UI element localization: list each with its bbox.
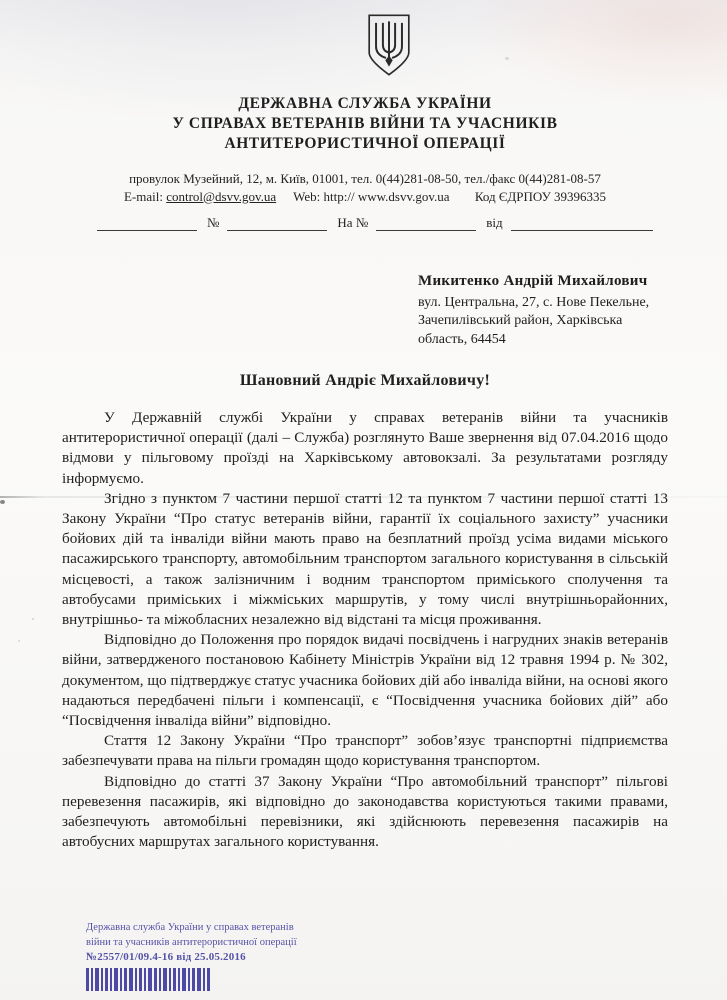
addressee-address-line: Зачепилівський район, Харківська (418, 312, 673, 331)
stamp-org-line: війни та учасників антитерористичної опе… (86, 936, 297, 951)
stamp-number: №2557/01/09.4-16 від 25.05.2016 (86, 950, 297, 965)
scanned-letter-page: ДЕРЖАВНА СЛУЖБА УКРАЇНИ У СПРАВАХ ВЕТЕРА… (0, 0, 727, 1000)
addressee-address-line: область, 64454 (418, 331, 673, 350)
email-value: control@dsvv.gov.ua (166, 189, 276, 204)
web-value: http:// www.dsvv.gov.ua (324, 189, 450, 204)
letter-body: У Державній службі України у справах вет… (62, 408, 668, 852)
from-date-label: від (476, 215, 510, 231)
org-contact-line: E-mail: control@dsvv.gov.ua Web: http://… (42, 188, 688, 206)
email-label: E-mail: (124, 189, 163, 204)
org-name-line: АНТИТЕРОРИСТИЧНОЇ ОПЕРАЦІЇ (62, 134, 668, 154)
addressee-name: Микитенко Андрій Михайлович (418, 272, 673, 291)
scan-speck (0, 500, 5, 504)
org-address-line: провулок Музейний, 12, м. Київ, 01001, т… (42, 170, 688, 188)
ukraine-trident-icon (366, 13, 412, 77)
salutation: Шановний Андріє Михайловичу! (62, 372, 668, 390)
reference-row: № На № від (97, 214, 667, 231)
stamp-org-line: Державна служба України у справах ветера… (86, 921, 297, 936)
org-name-line: У СПРАВАХ ВЕТЕРАНІВ ВІЙНИ ТА УЧАСНИКІВ (62, 114, 668, 134)
number-label: № (197, 215, 227, 231)
scan-speck (32, 618, 34, 620)
web-label: Web: (293, 189, 320, 204)
body-paragraph: У Державній службі України у справах вет… (62, 408, 668, 489)
scan-speck (505, 57, 509, 60)
barcode (86, 968, 212, 991)
org-contacts-block: провулок Музейний, 12, м. Київ, 01001, т… (42, 170, 688, 205)
body-paragraph: Згідно з пунктом 7 частини першої статті… (62, 489, 668, 630)
org-name-line: ДЕРЖАВНА СЛУЖБА УКРАЇНИ (62, 94, 668, 114)
reply-number-label: На № (327, 215, 376, 231)
outgoing-date-blank (97, 214, 197, 231)
edrpou-code: Код ЄДРПОУ 39396335 (475, 189, 606, 204)
scan-speck (18, 640, 20, 642)
outgoing-number-blank (227, 214, 327, 231)
addressee-block: Микитенко Андрій Михайлович вул. Централ… (418, 272, 673, 349)
body-paragraph: Відповідно до Положення про порядок вида… (62, 630, 668, 731)
org-name-block: ДЕРЖАВНА СЛУЖБА УКРАЇНИ У СПРАВАХ ВЕТЕРА… (62, 94, 668, 154)
reply-number-blank (376, 214, 476, 231)
registration-stamp: Державна служба України у справах ветера… (86, 921, 297, 991)
body-paragraph: Стаття 12 Закону України “Про транспорт”… (62, 731, 668, 771)
reply-date-blank (511, 214, 653, 231)
addressee-address-line: вул. Центральна, 27, с. Нове Пекельне, (418, 294, 673, 313)
body-paragraph: Відповідно до статті 37 Закону України “… (62, 772, 668, 853)
